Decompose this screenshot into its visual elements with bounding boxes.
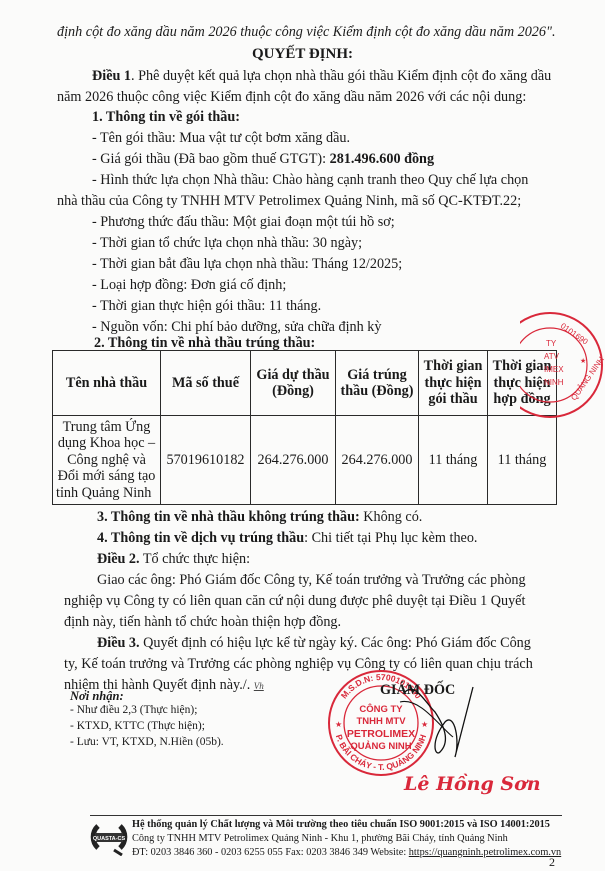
svg-text:0101690: 0101690: [559, 321, 590, 347]
cell-tax-code: 57019610182: [161, 416, 251, 505]
execution-time: - Thời gian thực hiện gói thầu: 11 tháng…: [92, 296, 321, 316]
handwritten-signature-icon: [395, 672, 475, 762]
footer-address-line: Công ty TNHH MTV Petrolimex Quảng Ninh -…: [132, 832, 508, 846]
decision-title: QUYẾT ĐỊNH:: [0, 44, 605, 64]
article2-heading: Điều 2. Tổ chức thực hiện:: [97, 549, 250, 569]
header-bid-price: Giá dự thầu (Đồng): [251, 351, 336, 416]
selection-method-line1: - Hình thức lựa chọn Nhà thầu: Chào hàng…: [92, 170, 528, 190]
signatory-name: Lê Hồng Sơn: [404, 773, 541, 795]
initials-mark: Vh: [254, 681, 264, 691]
cell-contract-time: 11 tháng: [488, 416, 557, 505]
recipients-title: Nơi nhận:: [70, 688, 124, 704]
footer-divider: [90, 815, 562, 816]
table-row: Trung tâm Ứng dụng Khoa học – Công nghệ …: [53, 416, 557, 505]
package-price-line: - Giá gói thầu (Đã bao gồm thuế GTGT): 2…: [92, 149, 434, 169]
article2-label: Điều 2.: [97, 551, 140, 567]
svg-text:TY: TY: [546, 339, 557, 348]
article3-line2: ty, Kế toán trưởng và Trưởng các phòng n…: [64, 654, 533, 674]
section4-line: 4. Thông tin về dịch vụ trúng thầu: Chi …: [97, 528, 477, 548]
article3-label: Điều 3.: [97, 635, 140, 651]
recipient-item: - KTXD, KTTC (Thực hiện);: [70, 719, 205, 734]
footer-contact-line: ĐT: 0203 3846 360 - 0203 6255 055 Fax: 0…: [132, 846, 561, 860]
svg-text:QUASTA-CS: QUASTA-CS: [93, 836, 126, 842]
bidding-method: - Phương thức đấu thầu: Một giai đoạn mộ…: [92, 212, 395, 232]
article2-line2: nghiệp vụ Công ty có liên quan căn cứ nộ…: [64, 591, 525, 611]
package-name: - Tên gói thầu: Mua vật tư cột bơm xăng …: [92, 128, 350, 148]
header-winning-price: Giá trúng thầu (Đồng): [336, 351, 419, 416]
recipient-item: - Như điều 2,3 (Thực hiện);: [70, 703, 197, 718]
contract-type: - Loại hợp đồng: Đơn giá cố định;: [92, 275, 286, 295]
selection-method-line2: nhà thầu của Công ty TNHH MTV Petrolimex…: [57, 191, 521, 211]
section4-title: 4. Thông tin về dịch vụ trúng thầu: [97, 530, 304, 546]
cell-package-time: 11 tháng: [419, 416, 488, 505]
article1-line1: Điều 1. Phê duyệt kết quả lựa chọn nhà t…: [92, 66, 551, 86]
cell-contractor-name: Trung tâm Ứng dụng Khoa học – Công nghệ …: [53, 416, 161, 505]
package-price: 281.496.600 đồng: [330, 151, 434, 167]
selection-start: - Thời gian bắt đầu lựa chọn nhà thầu: T…: [92, 254, 402, 274]
svg-text:IMEX: IMEX: [544, 365, 564, 374]
footer-iso-line: Hệ thống quản lý Chất lượng và Môi trườn…: [132, 818, 550, 832]
svg-text:★: ★: [580, 357, 586, 365]
quasta-logo-icon: QUASTA-CS: [90, 818, 128, 856]
section3-line: 3. Thông tin về nhà thầu không trúng thầ…: [97, 507, 422, 527]
winning-contractor-table: Tên nhà thầu Mã số thuế Giá dự thầu (Đồn…: [52, 350, 557, 505]
website-link[interactable]: https://quangninh.petrolimex.com.vn: [409, 847, 561, 858]
svg-text:★: ★: [335, 720, 342, 729]
section1-title: 1. Thông tin về gói thầu:: [92, 107, 240, 127]
page-number: 2: [549, 855, 555, 870]
recipient-item: - Lưu: VT, KTXD, N.Hiền (05b).: [70, 735, 224, 750]
article1-label: Điều 1: [92, 68, 131, 84]
svg-text:ATV: ATV: [544, 352, 560, 361]
header-package-time: Thời gian thực hiện gói thầu: [419, 351, 488, 416]
article2-line3: định này, tiến hành tổ chức hoàn thiện h…: [64, 612, 341, 632]
table-header-row: Tên nhà thầu Mã số thuế Giá dự thầu (Đồn…: [53, 351, 557, 416]
header-tax-code: Mã số thuế: [161, 351, 251, 416]
article3-line1: Điều 3. Quyết định có hiệu lực kể từ ngà…: [97, 633, 531, 653]
cell-winning-price: 264.276.000: [336, 416, 419, 505]
article2-line1: Giao các ông: Phó Giám đốc Công ty, Kế t…: [97, 570, 526, 590]
intro-tail: định cột đo xăng dầu năm 2026 thuộc công…: [57, 22, 556, 42]
selection-duration: - Thời gian tổ chức lựa chọn nhà thầu: 3…: [92, 233, 362, 253]
partial-stamp-icon: 0101690 TY ATV IMEX NINH ★ QUẢNG NINH: [520, 305, 605, 425]
svg-text:NINH: NINH: [544, 378, 564, 387]
header-contractor-name: Tên nhà thầu: [53, 351, 161, 416]
article1-line2: năm 2026 thuộc công việc Kiểm định cột đ…: [57, 87, 526, 107]
section3-title: 3. Thông tin về nhà thầu không trúng thầ…: [97, 509, 360, 525]
cell-bid-price: 264.276.000: [251, 416, 336, 505]
